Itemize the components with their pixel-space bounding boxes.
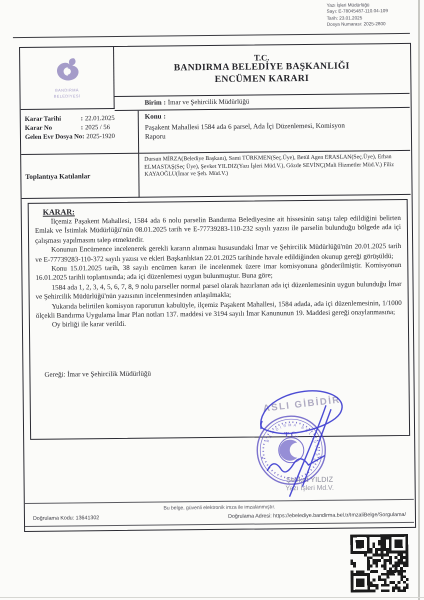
svg-text:✶: ✶ (260, 455, 264, 460)
participants-list: Dursun MİRZA(Belediye Başkanı), Sami TÜR… (144, 154, 394, 178)
birim-value: İmar ve Şehircilik Müdürlüğü (168, 98, 249, 106)
konu-label: Konu (145, 113, 162, 121)
qr-code (350, 534, 409, 593)
birim-label: Birim (145, 99, 162, 106)
stamp-signature-cluster: Şevket YILDIZ Yazı İşleri Md.V. ASLI GİB… (229, 381, 400, 508)
decision-paragraph: Yukarıda belirtilen komisyon raporunun k… (36, 299, 402, 322)
title-decision-type: ENCÜMEN KARARI (114, 72, 409, 87)
karar-no-value: 2025 / 56 (85, 124, 110, 131)
geregi-line: Gereği: İmar ve Şehircilik Müdürlüğü (44, 367, 402, 379)
stamp-and-signature-graphic: BANDIRMA BELEDİYESİ T.C. ✶ ✶ (229, 381, 400, 508)
logo-caption-line2: BELEDİYESİ (54, 94, 81, 99)
participants-label-cell: Toplantıya Katılanlar (21, 154, 139, 199)
karar-tarihi-value: 22.01.2025 (85, 115, 115, 122)
ref-dosya-no: Dosya Numarası: 2025-2800 (327, 21, 417, 28)
participants-list-cell: Dursun MİRZA(Belediye Başkanı), Sami TÜR… (139, 151, 410, 198)
municipality-logo-cell: BANDIRMA BELEDİYESİ (20, 47, 115, 110)
document-body: Yazı İşleri Müdürlüğü Sayı: E-78045487-1… (0, 0, 424, 600)
decision-paragraph: İlçemiz Paşakent Mahallesi, 1584 ada 6 n… (35, 214, 401, 246)
document-title-block: T.C. BANDIRMA BELEDİYE BAŞKANLIĞI ENCÜME… (114, 44, 410, 97)
konu-colon: : (161, 112, 167, 120)
municipality-logo-icon (50, 57, 84, 88)
top-divider (13, 33, 410, 39)
verification-row: Doğrulama Kodu: 13641302 Doğrulama Adres… (25, 509, 414, 527)
participants-label: Toplantıya Katılanlar (25, 172, 90, 181)
scan-page-edge-bottom (0, 597, 424, 599)
scanned-document-page: Yazı İşleri Müdürlüğü Sayı: E-78045487-1… (0, 0, 424, 600)
gelen-evr-row: Gelen Evr Dosya No:2025-1920 (25, 132, 138, 142)
scan-page-edge (418, 0, 420, 600)
gelen-evr-value: 2025-1920 (86, 133, 115, 140)
verification-address: Doğrulama Adresi: https://ebelediye.band… (228, 512, 406, 520)
konu-cell: Konu: Paşakent Mahallesi 1584 ada 6 pars… (139, 108, 410, 154)
decision-meta-cell: Karar Tarihi:22.01.2025 Karar No:2025 / … (21, 111, 139, 155)
konu-value: Paşakent Mahallesi 1584 ada 6 parsel, Ad… (145, 121, 361, 141)
gelen-evr-label: Gelen Evr Dosya No (25, 132, 82, 142)
verification-code: Doğrulama Kodu: 13641302 (33, 515, 99, 522)
doc-reference-block: Yazı İşleri Müdürlüğü Sayı: E-78045487-1… (327, 2, 417, 29)
